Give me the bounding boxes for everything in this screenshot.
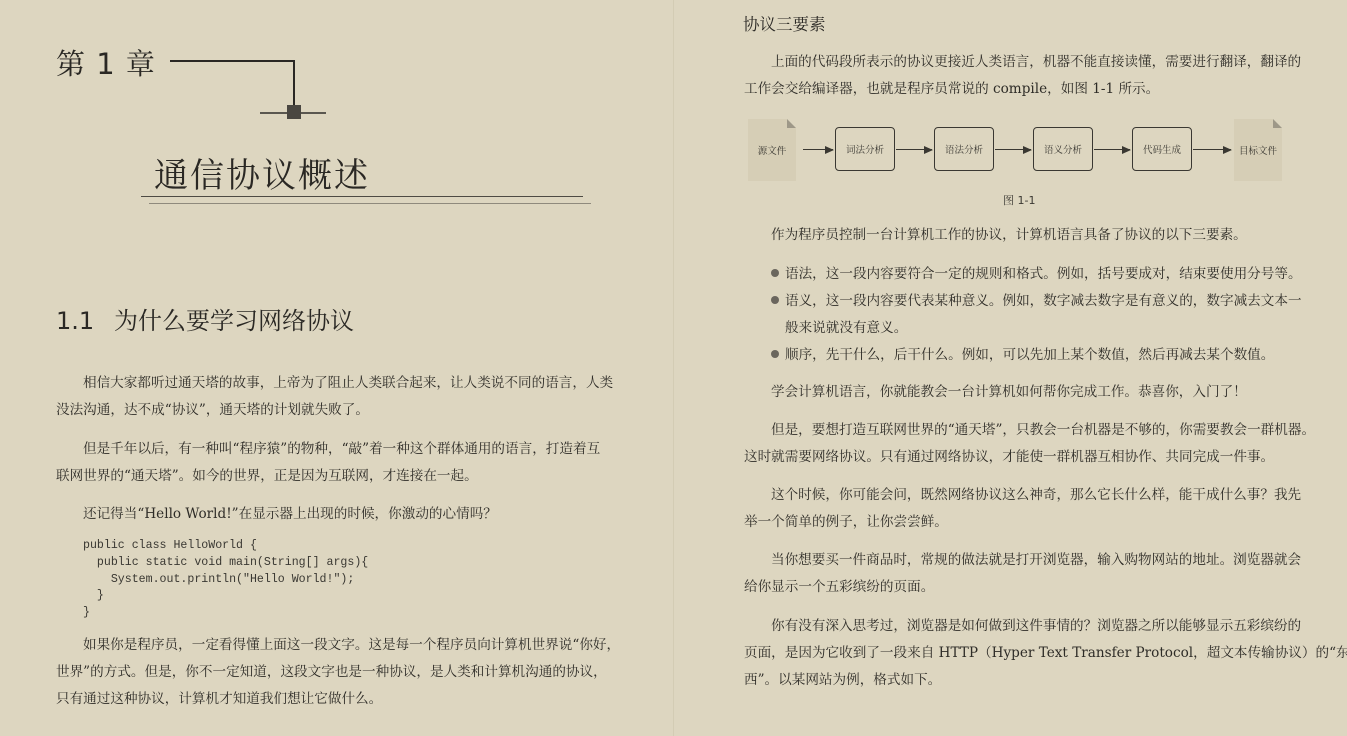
arrow-icon (995, 149, 1031, 150)
text-line: 相信大家都听过通天塔的故事，上帝为了阻止人类联合起来，让人类说不同的语言，人类 (56, 370, 613, 397)
paragraph: 作为程序员控制一台计算机工作的协议，计算机语言具备了协议的以下三要素。 (744, 222, 1247, 249)
text-line: 还记得当“Hello World!”在显示器上出现的时候，你激动的心情吗？ (56, 501, 497, 528)
arrow-icon (803, 149, 833, 150)
paragraph: 相信大家都听过通天塔的故事，上帝为了阻止人类联合起来，让人类说不同的语言，人类 … (56, 370, 613, 424)
text-line: 这个时候，你可能会问，既然网络协议这么神奇，那么它长什么样，能干成什么事？我先 (744, 482, 1301, 509)
text-line: 工作会交给编译器，也就是程序员常说的 compile，如图 1-1 所示。 (744, 76, 1301, 103)
section-title: 1.1为什么要学习网络协议 (56, 301, 354, 336)
section-number: 1.1 (56, 307, 114, 335)
section-heading: 为什么要学习网络协议 (114, 307, 354, 335)
text-line: 只有通过这种协议，计算机才知道我们想让它做什么。 (56, 686, 620, 713)
text-line: 但是，要想打造互联网世界的“通天塔”，只教会一台机器是不够的，你需要教会一群机器… (744, 417, 1315, 444)
text-line: 当你想要买一件商品时，常规的做法就是打开浏览器，输入购物网站的地址。浏览器就会 (744, 547, 1301, 574)
text-line: 作为程序员控制一台计算机工作的协议，计算机语言具备了协议的以下三要素。 (744, 222, 1247, 249)
source-file-icon: 源文件 (748, 119, 796, 181)
text-line: 上面的代码段所表示的协议更接近人类语言，机器不能直接读懂，需要进行翻译，翻译的 (744, 49, 1301, 76)
bullet-item: 语义，这一段内容要代表某种意义。例如，数字减去数字是有意义的，数字减去文本一 (771, 288, 1302, 315)
code-block: public class HelloWorld { public static … (83, 538, 368, 622)
target-file-label: 目标文件 (1234, 143, 1282, 157)
text-line: 学会计算机语言，你就能教会一台计算机如何帮你完成工作。恭喜你，入门了！ (744, 379, 1247, 406)
arrow-icon (896, 149, 932, 150)
paragraph: 但是千年以后，有一种叫“程序猿”的物种，“敲”着一种这个群体通用的语言，打造着互… (56, 436, 600, 490)
subsection-title: 协议三要素 (743, 11, 826, 35)
paragraph: 你有没有深入思考过，浏览器是如何做到这件事情的？浏览器之所以能够显示五彩缤纷的 … (744, 613, 1347, 694)
text-line: 举一个简单的例子，让你尝尝鲜。 (744, 509, 1301, 536)
bullet-item: 顺序，先干什么，后干什么。例如，可以先加上某个数值，然后再减去某个数值。 (771, 342, 1302, 369)
target-file-icon: 目标文件 (1234, 119, 1282, 181)
bullet-item-continuation: 般来说就没有意义。 (771, 315, 1302, 342)
step-semantic-analysis: 语义分析 (1033, 127, 1093, 171)
chapter-label: 第 1 章 (56, 42, 156, 83)
chapter-connector-horizontal (170, 60, 294, 62)
chapter-title: 通信协议概述 (154, 148, 370, 197)
text-line: 给你显示一个五彩缤纷的页面。 (744, 574, 1301, 601)
paragraph: 如果你是程序员，一定看得懂上面这一段文字。这是每一个程序员向计算机世界说“你好，… (56, 632, 620, 713)
figure-caption: 图 1-1 (1003, 192, 1035, 208)
chapter-connector-vertical (293, 60, 295, 106)
text-line: 你有没有深入思考过，浏览器是如何做到这件事情的？浏览器之所以能够显示五彩缤纷的 (744, 613, 1347, 640)
chapter-title-rule-2 (149, 203, 591, 204)
chapter-title-rule-1 (141, 196, 583, 197)
text-line: 但是千年以后，有一种叫“程序猿”的物种，“敲”着一种这个群体通用的语言，打造着互 (56, 436, 600, 463)
text-line: 没法沟通，达不成“协议”，通天塔的计划就失败了。 (56, 397, 613, 424)
paragraph: 这个时候，你可能会问，既然网络协议这么神奇，那么它长什么样，能干成什么事？我先 … (744, 482, 1301, 536)
left-page: 第 1 章 通信协议概述 1.1为什么要学习网络协议 相信大家都听过通天塔的故事… (0, 0, 673, 736)
text-line: 如果你是程序员，一定看得懂上面这一段文字。这是每一个程序员向计算机世界说“你好， (56, 632, 620, 659)
arrow-icon (1193, 149, 1231, 150)
bullet-item: 语法，这一段内容要符合一定的规则和格式。例如，括号要成对，结束要使用分号等。 (771, 261, 1302, 288)
text-line: 联网世界的“通天塔”。如今的世界，正是因为互联网，才连接在一起。 (56, 463, 600, 490)
step-lexical-analysis: 词法分析 (835, 127, 895, 171)
page-gutter (673, 0, 674, 736)
compile-flow-diagram: 源文件 词法分析 语法分析 语义分析 代码生成 目标文件 (748, 116, 1288, 186)
text-line: 页面，是因为它收到了一段来自 HTTP（Hyper Text Transfer … (744, 640, 1347, 667)
step-syntax-analysis: 语法分析 (934, 127, 994, 171)
paragraph: 上面的代码段所表示的协议更接近人类语言，机器不能直接读懂，需要进行翻译，翻译的 … (744, 49, 1301, 103)
text-line: 这时就需要网络协议。只有通过网络协议，才能使一群机器互相协作、共同完成一件事。 (744, 444, 1315, 471)
chapter-connector-square-icon (287, 105, 301, 119)
step-code-generation: 代码生成 (1132, 127, 1192, 171)
paragraph: 当你想要买一件商品时，常规的做法就是打开浏览器，输入购物网站的地址。浏览器就会 … (744, 547, 1301, 601)
arrow-icon (1094, 149, 1130, 150)
bullet-list: 语法，这一段内容要符合一定的规则和格式。例如，括号要成对，结束要使用分号等。 语… (771, 261, 1302, 369)
text-line: 世界”的方式。但是，你不一定知道，这段文字也是一种协议，是人类和计算机沟通的协议… (56, 659, 620, 686)
paragraph: 但是，要想打造互联网世界的“通天塔”，只教会一台机器是不够的，你需要教会一群机器… (744, 417, 1315, 471)
paragraph: 学会计算机语言，你就能教会一台计算机如何帮你完成工作。恭喜你，入门了！ (744, 379, 1247, 406)
paragraph: 还记得当“Hello World!”在显示器上出现的时候，你激动的心情吗？ (56, 501, 497, 528)
text-line: 西”。以某网站为例，格式如下。 (744, 667, 1347, 694)
source-file-label: 源文件 (748, 143, 796, 157)
